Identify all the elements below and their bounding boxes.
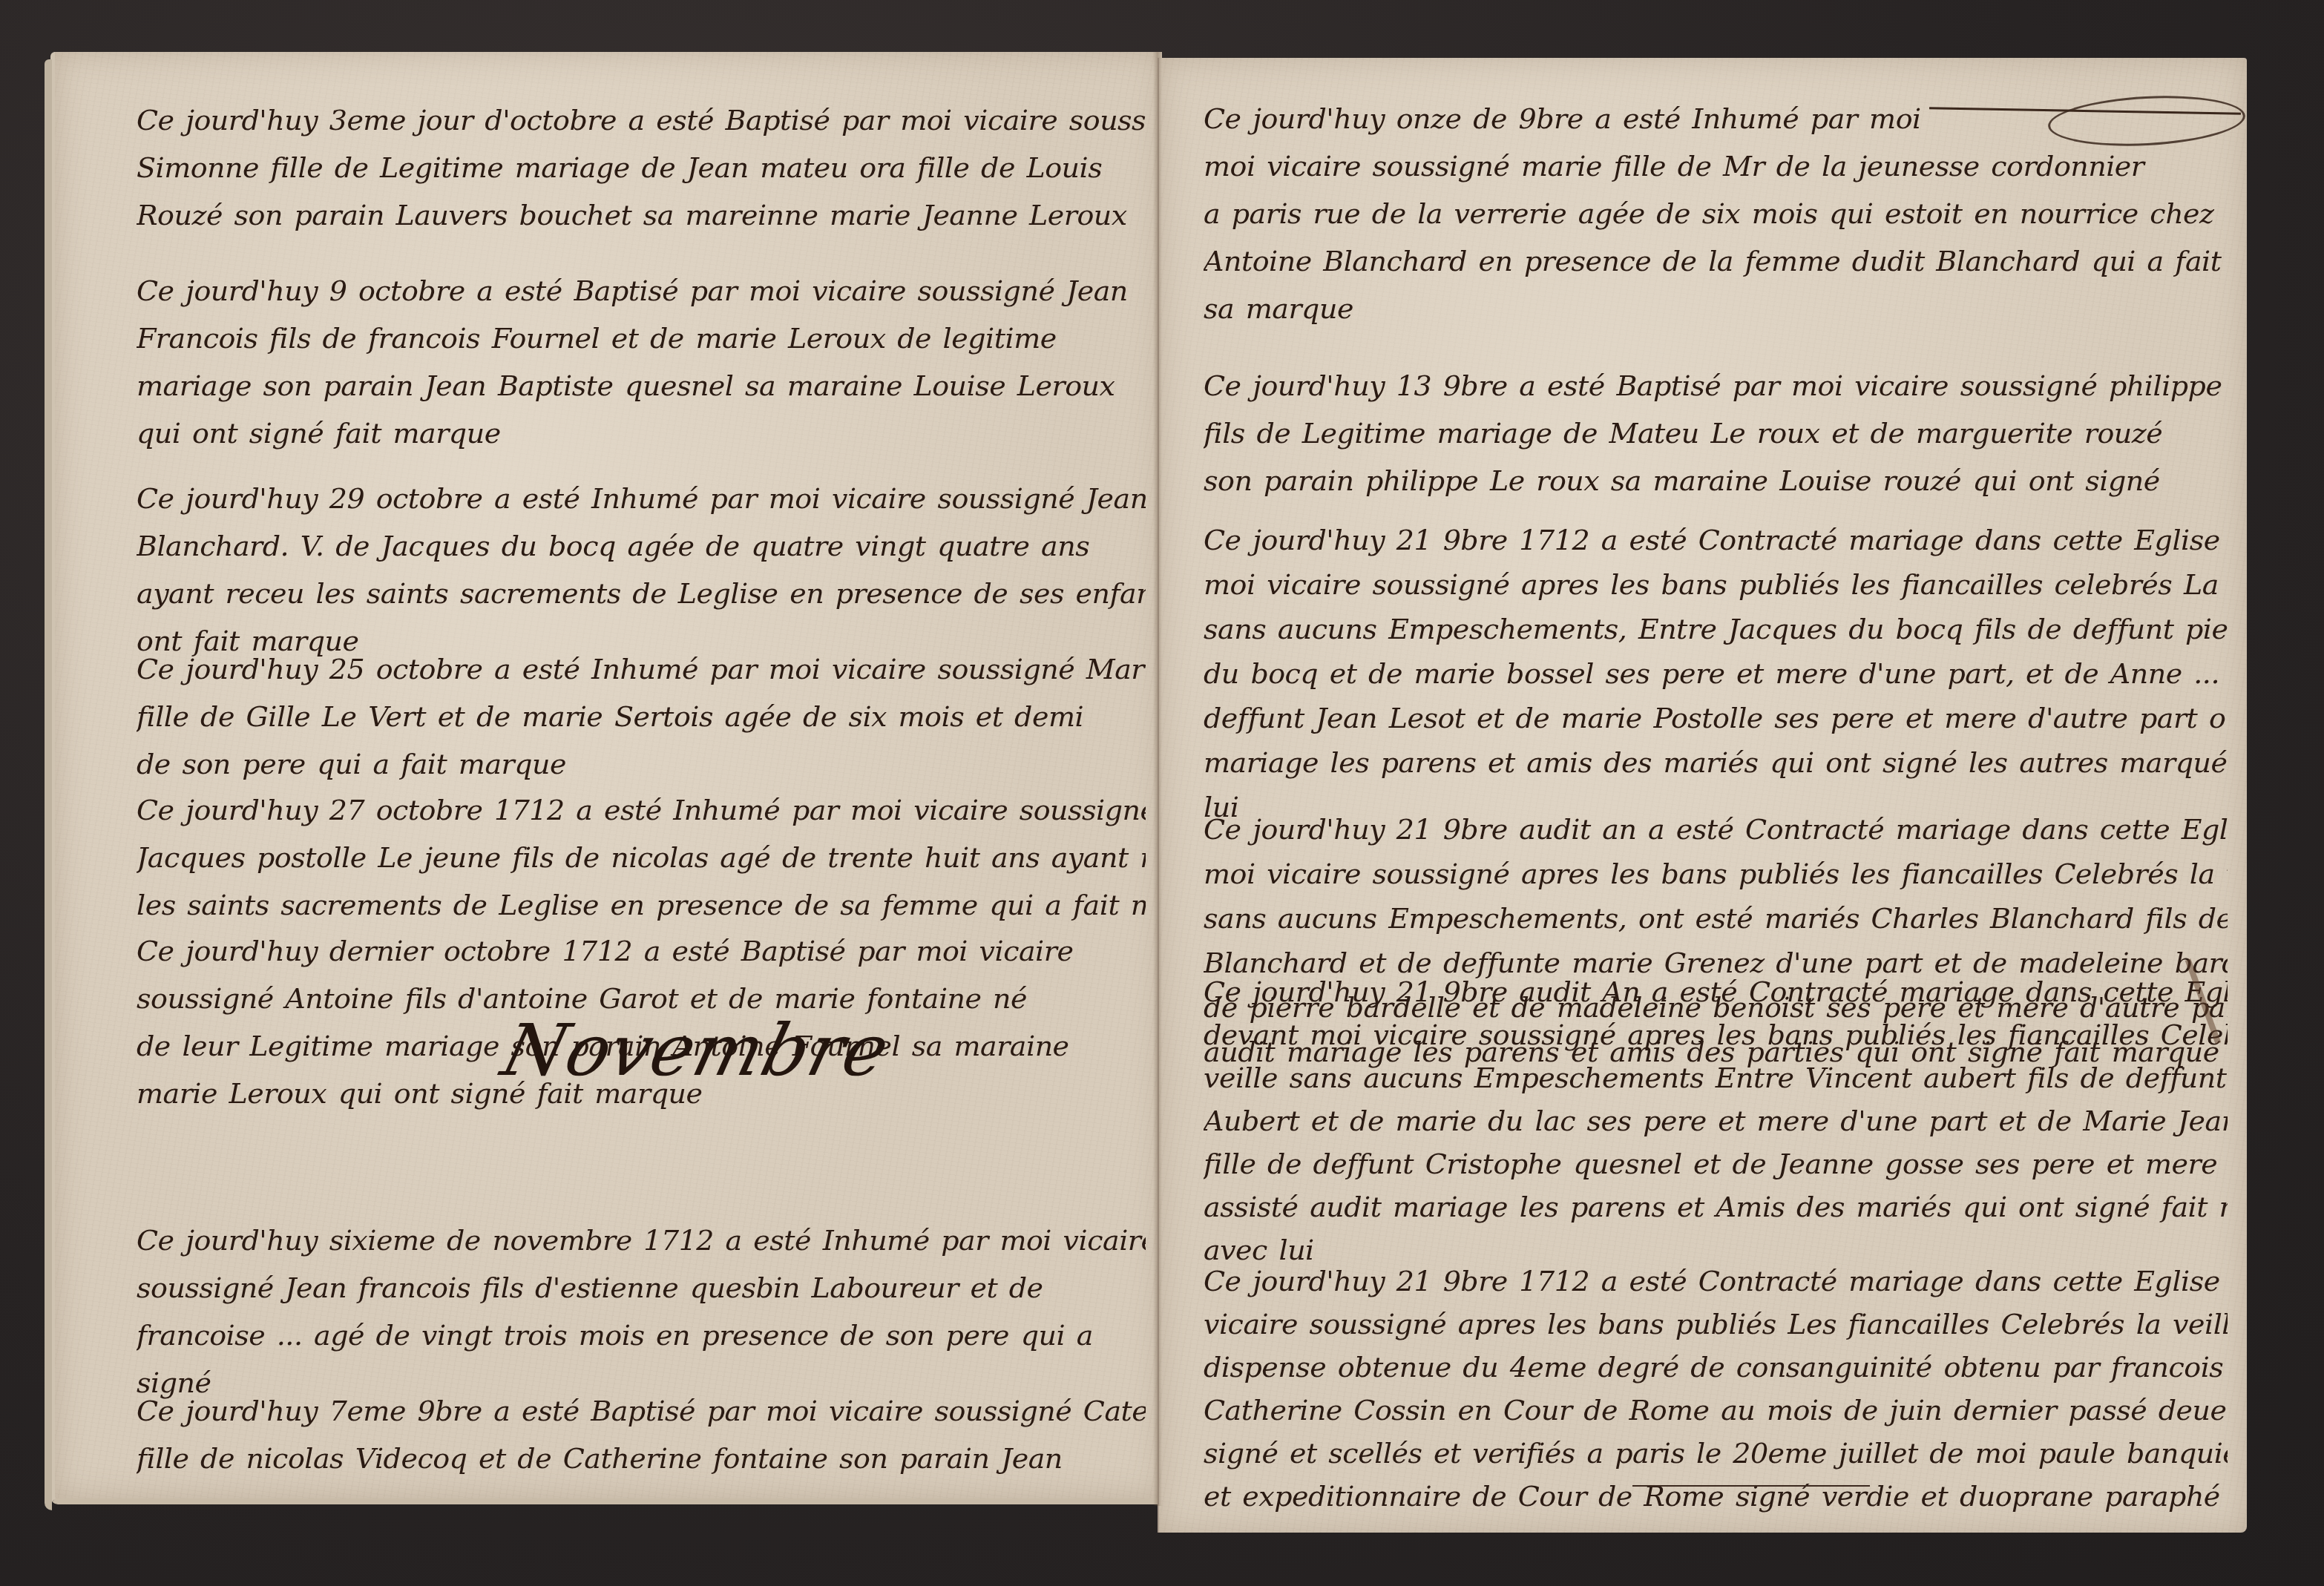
entry-line: Ce jourd'huy 9 octobre a esté Baptisé pa… bbox=[137, 267, 1146, 315]
entry-line: Francois fils de francois Fournel et de … bbox=[137, 315, 1146, 362]
right-page-entries: Ce jourd'huy onze de 9bre a esté Inhumé … bbox=[1159, 58, 2247, 1533]
entry-line: fille de Gille Le Vert et de marie Serto… bbox=[137, 693, 1146, 740]
register-entry: Ce jourd'huy sixieme de novembre 1712 a … bbox=[137, 1217, 1146, 1406]
register-entry: Ce jourd'huy 9 octobre a esté Baptisé pa… bbox=[137, 267, 1146, 457]
entry-line: assisté audit mariage les parens et Amis… bbox=[1204, 1185, 2228, 1228]
entry-line: Rouzé son parain Lauvers bouchet sa mare… bbox=[137, 191, 1146, 239]
entry-line: Blanchard. V. de Jacques du bocq agée de… bbox=[137, 522, 1146, 570]
entry-line: fils de Legitime mariage de Mateu Le rou… bbox=[1204, 409, 2228, 457]
register-entry: Ce jourd'huy 27 octobre 1712 a esté Inhu… bbox=[137, 786, 1146, 929]
entry-line: Ce jourd'huy 29 octobre a esté Inhumé pa… bbox=[137, 475, 1146, 522]
entry-line: devant moi vicaire soussigné apres les b… bbox=[1204, 1013, 2228, 1056]
entry-line: sa marque bbox=[1204, 285, 2228, 332]
entry-line: dispense obtenue du 4eme degré de consan… bbox=[1204, 1346, 2228, 1389]
entry-line: Ce jourd'huy 27 octobre 1712 a esté Inhu… bbox=[137, 786, 1146, 834]
entry-line: sans aucuns Empeschements, Entre Jacques… bbox=[1204, 607, 2228, 651]
register-entry: Ce jourd'huy 3eme jour d'octobre a esté … bbox=[137, 96, 1146, 239]
month-heading: Novembre bbox=[494, 1009, 898, 1092]
entry-line: moi vicaire soussigné apres les bans pub… bbox=[1204, 852, 2228, 896]
entry-line: son parain philippe Le roux sa maraine L… bbox=[1204, 457, 2228, 504]
entry-line: ayant receu les saints sacrements de Leg… bbox=[137, 570, 1146, 617]
entry-line: Antoine Blanchard en presence de la femm… bbox=[1204, 237, 2228, 285]
entry-line: Ce jourd'huy 7eme 9bre a esté Baptisé pa… bbox=[137, 1387, 1146, 1435]
closing-rule-line bbox=[1632, 1485, 1870, 1487]
register-entry: Ce jourd'huy 7eme 9bre a esté Baptisé pa… bbox=[137, 1387, 1146, 1482]
entry-line: Jacques postolle Le jeune fils de nicola… bbox=[137, 834, 1146, 881]
register-entry: Ce jourd'huy 21 9bre 1712 a esté Contrac… bbox=[1204, 518, 2228, 829]
entry-line: sans aucuns Empeschements, ont esté mari… bbox=[1204, 896, 2228, 941]
entry-line: Ce jourd'huy 21 9bre 1712 a esté Contrac… bbox=[1204, 1260, 2228, 1303]
entry-line: Ce jourd'huy 21 9bre 1712 a esté Contrac… bbox=[1204, 518, 2228, 562]
entry-line: moi vicaire soussigné marie fille de Mr … bbox=[1204, 142, 2228, 190]
entry-line: fille de deffunt Cristophe quesnel et de… bbox=[1204, 1142, 2228, 1185]
register-entry: Ce jourd'huy 21 9bre 1712 a esté Contrac… bbox=[1204, 1260, 2228, 1518]
entry-line: Ce jourd'huy 13 9bre a esté Baptisé par … bbox=[1204, 362, 2228, 409]
entry-line: Ce jourd'huy 21 9bre audit An a esté Con… bbox=[1204, 970, 2228, 1013]
entry-line: fille de nicolas Videcoq et de Catherine… bbox=[137, 1435, 1146, 1482]
book-gutter bbox=[1153, 52, 1162, 1506]
entry-line: vicaire soussigné apres les bans publiés… bbox=[1204, 1303, 2228, 1346]
entry-line: les saints sacrements de Leglise en pres… bbox=[137, 881, 1146, 929]
entry-line: Ce jourd'huy 3eme jour d'octobre a esté … bbox=[137, 96, 1146, 144]
entry-line: mariage son parain Jean Baptiste quesnel… bbox=[137, 362, 1146, 409]
entry-line: de son pere qui a fait marque bbox=[137, 740, 1146, 788]
entry-line: francoise ... agé de vingt trois mois en… bbox=[137, 1312, 1146, 1359]
entry-line: Ce jourd'huy 25 octobre a esté Inhumé pa… bbox=[137, 645, 1146, 693]
entry-line: deffunt Jean Lesot et de marie Postolle … bbox=[1204, 696, 2228, 740]
entry-line: signé et scellés et verifiés a paris le … bbox=[1204, 1432, 2228, 1475]
entry-line: moi vicaire soussigné apres les bans pub… bbox=[1204, 562, 2228, 607]
entry-line: qui ont signé fait marque bbox=[137, 409, 1146, 457]
entry-line: Simonne fille de Legitime mariage de Jea… bbox=[137, 144, 1146, 191]
entry-line: du bocq et de marie bossel ses pere et m… bbox=[1204, 651, 2228, 696]
entry-line: Ce jourd'huy dernier octobre 1712 a esté… bbox=[137, 927, 1146, 975]
entry-line: et expeditionnaire de Cour de Rome signé… bbox=[1204, 1475, 2228, 1518]
register-entry: Ce jourd'huy 13 9bre a esté Baptisé par … bbox=[1204, 362, 2228, 504]
entry-line: Ce jourd'huy 21 9bre audit an a esté Con… bbox=[1204, 807, 2228, 852]
register-entry: Ce jourd'huy 21 9bre audit An a esté Con… bbox=[1204, 970, 2228, 1271]
entry-line: Ce jourd'huy sixieme de novembre 1712 a … bbox=[137, 1217, 1146, 1264]
entry-line: a paris rue de la verrerie agée de six m… bbox=[1204, 190, 2228, 237]
register-entry: Ce jourd'huy 25 octobre a esté Inhumé pa… bbox=[137, 645, 1146, 788]
left-page-entries: Ce jourd'huy 3eme jour d'octobre a esté … bbox=[55, 52, 1162, 1498]
entry-line: veille sans aucuns Empeschements Entre V… bbox=[1204, 1056, 2228, 1099]
entry-line: Aubert et de marie du lac ses pere et me… bbox=[1204, 1099, 2228, 1142]
right-page: Ce jourd'huy onze de 9bre a esté Inhumé … bbox=[1158, 58, 2247, 1533]
left-page: Ce jourd'huy 3eme jour d'octobre a esté … bbox=[50, 52, 1162, 1504]
register-entry: Ce jourd'huy 29 octobre a esté Inhumé pa… bbox=[137, 475, 1146, 665]
entry-line: mariage les parens et amis des mariés qu… bbox=[1204, 740, 2228, 785]
entry-line: Catherine Cossin en Cour de Rome au mois… bbox=[1204, 1389, 2228, 1432]
entry-line: soussigné Jean francois fils d'estienne … bbox=[137, 1264, 1146, 1312]
